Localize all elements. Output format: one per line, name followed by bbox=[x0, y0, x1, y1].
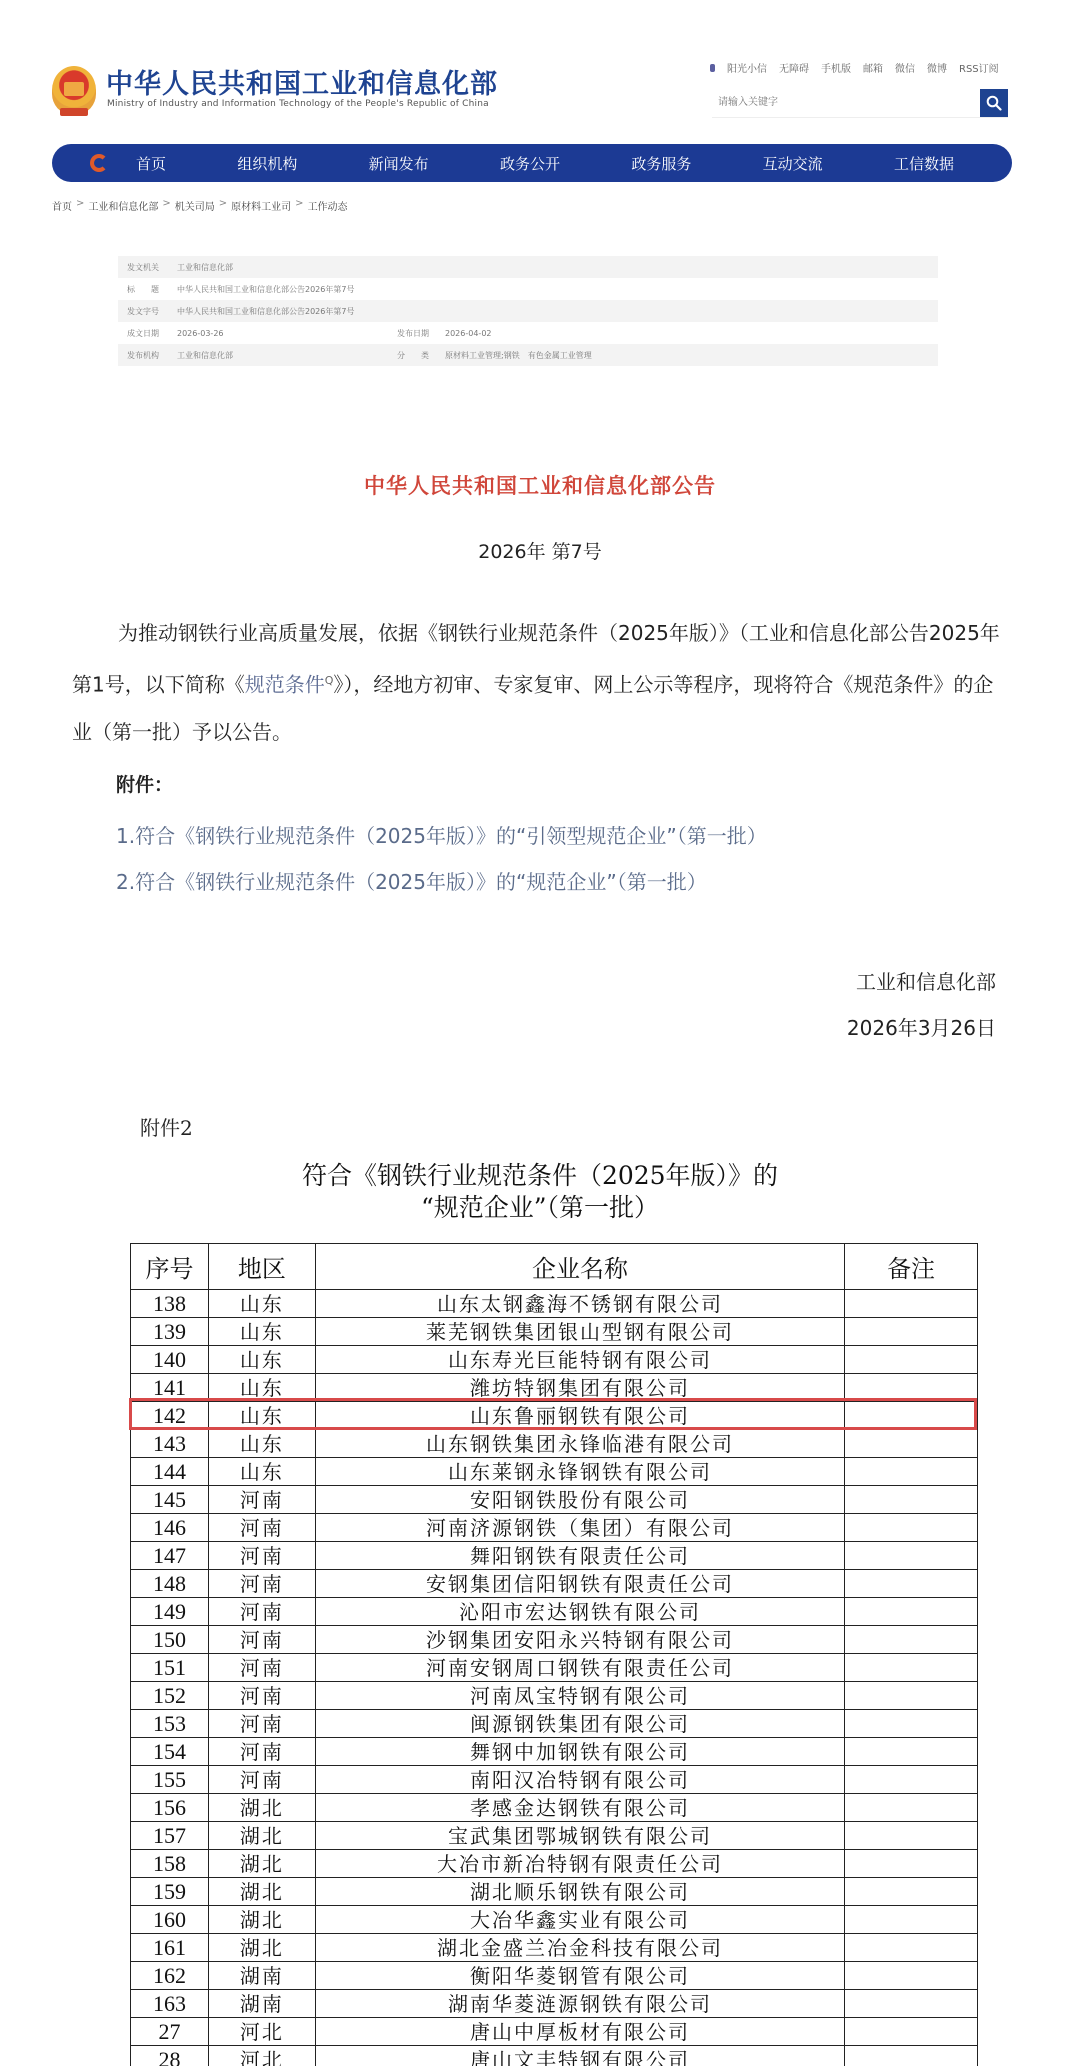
cell-no: 158 bbox=[131, 1850, 209, 1878]
cell-note bbox=[845, 1766, 978, 1794]
search-button[interactable] bbox=[980, 89, 1008, 117]
meta-label: 发文字号 bbox=[127, 306, 177, 317]
attachment-link-1[interactable]: 1.符合《钢铁行业规范条件（2025年版）》的“引领型规范企业”（第一批） bbox=[116, 820, 767, 849]
meta-label: 发布日期 bbox=[397, 328, 445, 339]
cell-no: 139 bbox=[131, 1318, 209, 1346]
table-row: 159湖北湖北顺乐钢铁有限公司 bbox=[131, 1878, 978, 1906]
cell-note bbox=[845, 1598, 978, 1626]
cell-note bbox=[845, 1794, 978, 1822]
cell-region: 河南 bbox=[208, 1514, 315, 1542]
search-input[interactable] bbox=[712, 88, 952, 116]
cell-region: 河南 bbox=[208, 1710, 315, 1738]
table-row: 161湖北湖北金盛兰冶金科技有限公司 bbox=[131, 1934, 978, 1962]
cell-name: 舞阳钢铁有限责任公司 bbox=[315, 1542, 844, 1570]
site-subtitle: Ministry of Industry and Information Tec… bbox=[107, 99, 489, 109]
cell-name: 莱芜钢铁集团银山型钢有限公司 bbox=[315, 1318, 844, 1346]
table-row: 142山东山东鲁丽钢铁有限公司 bbox=[131, 1402, 978, 1430]
cell-no: 157 bbox=[131, 1822, 209, 1850]
breadcrumb-item[interactable]: 机关司局 bbox=[175, 198, 215, 213]
attachment2-label: 附件2 bbox=[140, 1112, 193, 1141]
cell-no: 153 bbox=[131, 1710, 209, 1738]
cell-region: 河南 bbox=[208, 1626, 315, 1654]
cell-name: 山东莱钢永锋钢铁有限公司 bbox=[315, 1458, 844, 1486]
breadcrumb-item[interactable]: 原材料工业司 bbox=[231, 198, 291, 213]
attachment-link-2[interactable]: 2.符合《钢铁行业规范条件（2025年版）》的“规范企业”（第一批） bbox=[116, 866, 707, 895]
cell-region: 河南 bbox=[208, 1598, 315, 1626]
cell-no: 143 bbox=[131, 1430, 209, 1458]
nav-data[interactable]: 工信数据 bbox=[894, 153, 954, 174]
cell-region: 湖北 bbox=[208, 1878, 315, 1906]
table-row: 155河南南阳汉冶特钢有限公司 bbox=[131, 1766, 978, 1794]
cell-note bbox=[845, 2046, 978, 2066]
meta-value: 中华人民共和国工业和信息化部公告2026年第7号 bbox=[177, 284, 354, 295]
meta-row-publisher: 发布机构 工业和信息化部 分 类 原材料工业管理;钢铁 有色金属工业管理 bbox=[118, 344, 938, 366]
cell-note bbox=[845, 1570, 978, 1598]
signature-date: 2026年3月26日 bbox=[847, 1012, 996, 1041]
term-link[interactable]: 规范条件 bbox=[245, 673, 325, 697]
cell-name: 湖北顺乐钢铁有限公司 bbox=[315, 1878, 844, 1906]
cell-no: 155 bbox=[131, 1766, 209, 1794]
breadcrumb: 首页> 工业和信息化部> 机关司局> 原材料工业司> 工作动态 bbox=[52, 198, 348, 213]
cell-name: 河南安钢周口钢铁有限责任公司 bbox=[315, 1654, 844, 1682]
cell-no: 28 bbox=[131, 2046, 209, 2066]
pin-icon bbox=[710, 64, 715, 72]
cell-name: 沁阳市宏达钢铁有限公司 bbox=[315, 1598, 844, 1626]
nav-organization[interactable]: 组织机构 bbox=[237, 153, 297, 174]
cell-name: 山东钢铁集团永锋临港有限公司 bbox=[315, 1430, 844, 1458]
cell-note bbox=[845, 1878, 978, 1906]
cell-region: 山东 bbox=[208, 1430, 315, 1458]
cell-note bbox=[845, 1430, 978, 1458]
toplink-rss[interactable]: RSS订阅 bbox=[959, 60, 999, 75]
cell-note bbox=[845, 1738, 978, 1766]
attachment2-title-line1: 符合《钢铁行业规范条件（2025年版）》的 bbox=[0, 1160, 1080, 1192]
cell-no: 154 bbox=[131, 1738, 209, 1766]
table-row: 148河南安钢集团信阳钢铁有限责任公司 bbox=[131, 1570, 978, 1598]
signature-org: 工业和信息化部 bbox=[856, 966, 996, 995]
cell-name: 舞钢中加钢铁有限公司 bbox=[315, 1738, 844, 1766]
table-row: 154河南舞钢中加钢铁有限公司 bbox=[131, 1738, 978, 1766]
cell-name: 湖北金盛兰冶金科技有限公司 bbox=[315, 1934, 844, 1962]
cell-note bbox=[845, 1290, 978, 1318]
toplink-wechat[interactable]: 微信 bbox=[895, 60, 915, 75]
cell-note bbox=[845, 1710, 978, 1738]
cell-no: 162 bbox=[131, 1962, 209, 1990]
cell-note bbox=[845, 1346, 978, 1374]
table-row: 149河南沁阳市宏达钢铁有限公司 bbox=[131, 1598, 978, 1626]
top-links: 阳光小信 无障碍 手机版 邮箱 微信 微博 RSS订阅 bbox=[710, 60, 999, 75]
cell-region: 山东 bbox=[208, 1318, 315, 1346]
col-header-name: 企业名称 bbox=[315, 1244, 844, 1290]
table-row: 27河北唐山中厚板材有限公司 bbox=[131, 2018, 978, 2046]
cell-no: 27 bbox=[131, 2018, 209, 2046]
nav-home[interactable]: 首页 bbox=[136, 153, 166, 174]
cell-name: 宝武集团鄂城钢铁有限公司 bbox=[315, 1822, 844, 1850]
breadcrumb-item[interactable]: 首页 bbox=[52, 198, 72, 213]
table-row: 151河南河南安钢周口钢铁有限责任公司 bbox=[131, 1654, 978, 1682]
national-emblem-icon bbox=[52, 66, 96, 114]
cell-region: 山东 bbox=[208, 1290, 315, 1318]
cell-region: 湖南 bbox=[208, 1962, 315, 1990]
attachments-heading: 附件： bbox=[116, 770, 173, 797]
col-header-no: 序号 bbox=[131, 1244, 209, 1290]
nav-news[interactable]: 新闻发布 bbox=[369, 153, 429, 174]
col-header-region: 地区 bbox=[208, 1244, 315, 1290]
cell-region: 河南 bbox=[208, 1738, 315, 1766]
table-row: 150河南沙钢集团安阳永兴特钢有限公司 bbox=[131, 1626, 978, 1654]
cell-note bbox=[845, 1402, 978, 1430]
toplink-mail[interactable]: 邮箱 bbox=[863, 60, 883, 75]
table-row: 28河北唐山文丰特钢有限公司 bbox=[131, 2046, 978, 2066]
cell-note bbox=[845, 1654, 978, 1682]
cell-region: 湖北 bbox=[208, 1850, 315, 1878]
nav-interaction[interactable]: 互动交流 bbox=[763, 153, 823, 174]
announcement-number: 2026年 第7号 bbox=[0, 537, 1080, 564]
cell-no: 156 bbox=[131, 1794, 209, 1822]
site-header: 中华人民共和国工业和信息化部 Ministry of Industry and … bbox=[0, 0, 1080, 140]
cell-region: 河南 bbox=[208, 1486, 315, 1514]
cell-no: 149 bbox=[131, 1598, 209, 1626]
cell-note bbox=[845, 1682, 978, 1710]
table-row: 139山东莱芜钢铁集团银山型钢有限公司 bbox=[131, 1318, 978, 1346]
cell-note bbox=[845, 1906, 978, 1934]
meta-value: 2026-03-26 bbox=[177, 329, 397, 338]
table-row: 158湖北大冶市新冶特钢有限责任公司 bbox=[131, 1850, 978, 1878]
toplink-mobile[interactable]: 手机版 bbox=[821, 60, 851, 75]
cell-name: 山东鲁丽钢铁有限公司 bbox=[315, 1402, 844, 1430]
table-row: 156湖北孝感金达钢铁有限公司 bbox=[131, 1794, 978, 1822]
breadcrumb-item[interactable]: 工业和信息化部 bbox=[88, 198, 158, 213]
cell-name: 安阳钢铁股份有限公司 bbox=[315, 1486, 844, 1514]
enterprise-table: 序号 地区 企业名称 备注 138山东山东太钢鑫海不锈钢有限公司139山东莱芜钢… bbox=[130, 1243, 978, 2066]
cell-no: 142 bbox=[131, 1402, 209, 1430]
nav-government-affairs[interactable]: 政务公开 bbox=[500, 153, 560, 174]
cell-region: 湖南 bbox=[208, 1990, 315, 2018]
cell-region: 湖北 bbox=[208, 1934, 315, 1962]
table-header-row: 序号 地区 企业名称 备注 bbox=[131, 1244, 978, 1290]
cell-name: 闽源钢铁集团有限公司 bbox=[315, 1710, 844, 1738]
cell-region: 河北 bbox=[208, 2018, 315, 2046]
meta-row-doc-no: 发文字号 中华人民共和国工业和信息化部公告2026年第7号 bbox=[118, 300, 938, 322]
toplink-weibo[interactable]: 微博 bbox=[927, 60, 947, 75]
cell-no: 146 bbox=[131, 1514, 209, 1542]
table-row: 145河南安阳钢铁股份有限公司 bbox=[131, 1486, 978, 1514]
cell-region: 山东 bbox=[208, 1346, 315, 1374]
meta-label: 发布机构 bbox=[127, 350, 177, 361]
cell-note bbox=[845, 1850, 978, 1878]
cell-no: 138 bbox=[131, 1290, 209, 1318]
table-row: 152河南河南凤宝特钢有限公司 bbox=[131, 1682, 978, 1710]
breadcrumb-separator: > bbox=[219, 198, 227, 213]
cell-name: 大冶华鑫实业有限公司 bbox=[315, 1906, 844, 1934]
cell-name: 唐山中厚板材有限公司 bbox=[315, 2018, 844, 2046]
announcement-title: 中华人民共和国工业和信息化部公告 bbox=[0, 470, 1080, 500]
meta-label: 成文日期 bbox=[127, 328, 177, 339]
table-row: 144山东山东莱钢永锋钢铁有限公司 bbox=[131, 1458, 978, 1486]
cell-note bbox=[845, 1542, 978, 1570]
meta-value: 原材料工业管理;钢铁 有色金属工业管理 bbox=[445, 350, 592, 361]
cell-region: 山东 bbox=[208, 1458, 315, 1486]
cell-region: 河北 bbox=[208, 2046, 315, 2066]
attachment2-title: 符合《钢铁行业规范条件（2025年版）》的 “规范企业”（第一批） bbox=[0, 1160, 1080, 1224]
cell-note bbox=[845, 1486, 978, 1514]
cell-no: 141 bbox=[131, 1374, 209, 1402]
site-title[interactable]: 中华人民共和国工业和信息化部 bbox=[106, 62, 498, 101]
cell-name: 孝感金达钢铁有限公司 bbox=[315, 1794, 844, 1822]
table-row: 157湖北宝武集团鄂城钢铁有限公司 bbox=[131, 1822, 978, 1850]
cell-note bbox=[845, 1514, 978, 1542]
toplink-sunshine[interactable]: 阳光小信 bbox=[727, 60, 767, 75]
cell-note bbox=[845, 1458, 978, 1486]
cell-name: 大冶市新冶特钢有限责任公司 bbox=[315, 1850, 844, 1878]
site-logo-icon[interactable] bbox=[90, 154, 108, 172]
table-row: 163湖南湖南华菱涟源钢铁有限公司 bbox=[131, 1990, 978, 2018]
cell-name: 河南济源钢铁（集团）有限公司 bbox=[315, 1514, 844, 1542]
breadcrumb-separator: > bbox=[76, 198, 84, 213]
table-row: 153河南闽源钢铁集团有限公司 bbox=[131, 1710, 978, 1738]
cell-no: 150 bbox=[131, 1626, 209, 1654]
cell-region: 山东 bbox=[208, 1402, 315, 1430]
meta-value: 工业和信息化部 bbox=[177, 350, 397, 361]
breadcrumb-separator: > bbox=[295, 198, 303, 213]
cell-name: 安钢集团信阳钢铁有限责任公司 bbox=[315, 1570, 844, 1598]
cell-region: 湖北 bbox=[208, 1822, 315, 1850]
nav-services[interactable]: 政务服务 bbox=[631, 153, 691, 174]
cell-name: 南阳汉冶特钢有限公司 bbox=[315, 1766, 844, 1794]
meta-row-title: 标 题 中华人民共和国工业和信息化部公告2026年第7号 bbox=[118, 278, 938, 300]
meta-value: 工业和信息化部 bbox=[177, 262, 233, 273]
cell-no: 152 bbox=[131, 1682, 209, 1710]
cell-no: 161 bbox=[131, 1934, 209, 1962]
table-row: 160湖北大冶华鑫实业有限公司 bbox=[131, 1906, 978, 1934]
cell-note bbox=[845, 1990, 978, 2018]
cell-no: 159 bbox=[131, 1878, 209, 1906]
cell-no: 163 bbox=[131, 1990, 209, 2018]
cell-region: 湖北 bbox=[208, 1906, 315, 1934]
meta-value: 2026-04-02 bbox=[445, 329, 492, 338]
cell-region: 湖北 bbox=[208, 1794, 315, 1822]
cell-no: 160 bbox=[131, 1906, 209, 1934]
cell-name: 潍坊特钢集团有限公司 bbox=[315, 1374, 844, 1402]
table-row: 143山东山东钢铁集团永锋临港有限公司 bbox=[131, 1430, 978, 1458]
search-icon bbox=[986, 95, 1002, 111]
cell-no: 148 bbox=[131, 1570, 209, 1598]
meta-value: 中华人民共和国工业和信息化部公告2026年第7号 bbox=[177, 306, 354, 317]
cell-note bbox=[845, 1318, 978, 1346]
cell-no: 145 bbox=[131, 1486, 209, 1514]
meta-label: 分 类 bbox=[397, 350, 445, 361]
table-row: 146河南河南济源钢铁（集团）有限公司 bbox=[131, 1514, 978, 1542]
cell-no: 151 bbox=[131, 1654, 209, 1682]
search-box bbox=[712, 88, 1008, 118]
toplink-accessibility[interactable]: 无障碍 bbox=[779, 60, 809, 75]
cell-name: 唐山文丰特钢有限公司 bbox=[315, 2046, 844, 2066]
cell-region: 山东 bbox=[208, 1374, 315, 1402]
table-row: 140山东山东寿光巨能特钢有限公司 bbox=[131, 1346, 978, 1374]
cell-note bbox=[845, 2018, 978, 2046]
cell-name: 山东太钢鑫海不锈钢有限公司 bbox=[315, 1290, 844, 1318]
cell-note bbox=[845, 1374, 978, 1402]
cell-note bbox=[845, 1626, 978, 1654]
cell-note bbox=[845, 1822, 978, 1850]
col-header-note: 备注 bbox=[845, 1244, 978, 1290]
table-row: 141山东潍坊特钢集团有限公司 bbox=[131, 1374, 978, 1402]
cell-region: 河南 bbox=[208, 1682, 315, 1710]
cell-region: 河南 bbox=[208, 1766, 315, 1794]
cell-no: 147 bbox=[131, 1542, 209, 1570]
meta-label: 标 题 bbox=[127, 284, 177, 295]
cell-region: 河南 bbox=[208, 1542, 315, 1570]
announcement-body: 为推动钢铁行业高质量发展，依据《钢铁行业规范条件（2025年版）》（工业和信息化… bbox=[72, 610, 1002, 756]
breadcrumb-item[interactable]: 工作动态 bbox=[308, 198, 348, 213]
cell-name: 河南凤宝特钢有限公司 bbox=[315, 1682, 844, 1710]
cell-note bbox=[845, 1962, 978, 1990]
cell-region: 河南 bbox=[208, 1654, 315, 1682]
breadcrumb-separator: > bbox=[162, 198, 170, 213]
cell-name: 沙钢集团安阳永兴特钢有限公司 bbox=[315, 1626, 844, 1654]
table-row: 162湖南衡阳华菱钢管有限公司 bbox=[131, 1962, 978, 1990]
cell-name: 衡阳华菱钢管有限公司 bbox=[315, 1962, 844, 1990]
document-meta: 发文机关 工业和信息化部 标 题 中华人民共和国工业和信息化部公告2026年第7… bbox=[118, 256, 938, 366]
cell-no: 140 bbox=[131, 1346, 209, 1374]
meta-row-issuer: 发文机关 工业和信息化部 bbox=[118, 256, 938, 278]
cell-note bbox=[845, 1934, 978, 1962]
meta-label: 发文机关 bbox=[127, 262, 177, 273]
table-row: 147河南舞阳钢铁有限责任公司 bbox=[131, 1542, 978, 1570]
cell-no: 144 bbox=[131, 1458, 209, 1486]
cell-region: 河南 bbox=[208, 1570, 315, 1598]
meta-row-dates: 成文日期 2026-03-26 发布日期 2026-04-02 bbox=[118, 322, 938, 344]
main-nav: 首页 组织机构 新闻发布 政务公开 政务服务 互动交流 工信数据 bbox=[52, 144, 1012, 182]
cell-name: 湖南华菱涟源钢铁有限公司 bbox=[315, 1990, 844, 2018]
table-row: 138山东山东太钢鑫海不锈钢有限公司 bbox=[131, 1290, 978, 1318]
attachment2-title-line2: “规范企业”（第一批） bbox=[0, 1192, 1080, 1224]
cell-name: 山东寿光巨能特钢有限公司 bbox=[315, 1346, 844, 1374]
